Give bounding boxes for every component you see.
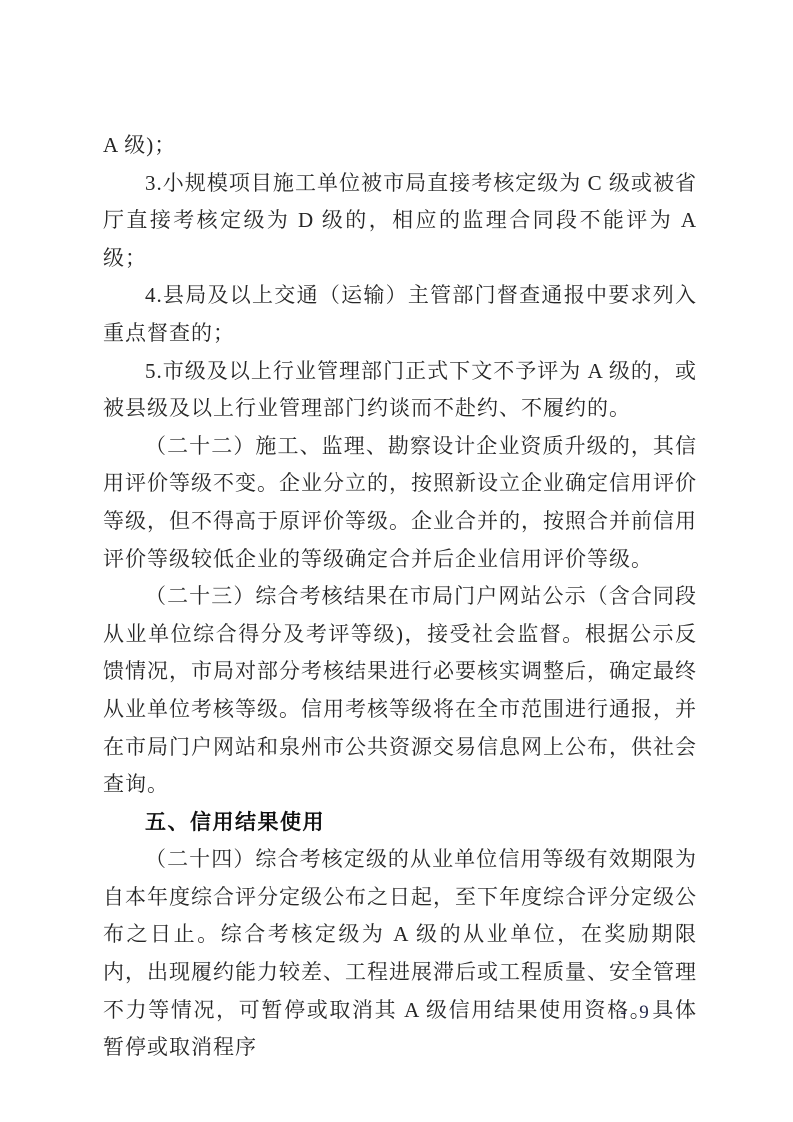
paragraph: （二十三）综合考核结果在市局门户网站公示（含合同段从业单位综合得分及考评等级)，… <box>103 578 697 804</box>
paragraph: A 级)； <box>103 127 697 165</box>
paragraph: 4.县局及以上交通（运输）主管部门督查通报中要求列入重点督查的； <box>103 277 697 352</box>
document-page: A 级)；3.小规模项目施工单位被市局直接考核定级为 C 级或被省厅直接考核定级… <box>0 0 793 1122</box>
paragraph: （二十四）综合考核定级的从业单位信用等级有效期限为自本年度综合评分定级公布之日起… <box>103 841 697 1067</box>
document-body: A 级)；3.小规模项目施工单位被市局直接考核定级为 C 级或被省厅直接考核定级… <box>103 127 697 1067</box>
paragraph: （二十二）施工、监理、勘察设计企业资质升级的，其信用评价等级不变。企业分立的，按… <box>103 428 697 578</box>
page-footer: - 9 - <box>616 1002 676 1024</box>
paragraph: 3.小规模项目施工单位被市局直接考核定级为 C 级或被省厅直接考核定级为 D 级… <box>103 165 697 278</box>
page-number: - 9 - <box>620 1002 672 1023</box>
paragraph: 5.市级及以上行业管理部门正式下文不予评为 A 级的，或被县级及以上行业管理部门… <box>103 353 697 428</box>
section-heading: 五、信用结果使用 <box>103 804 697 842</box>
